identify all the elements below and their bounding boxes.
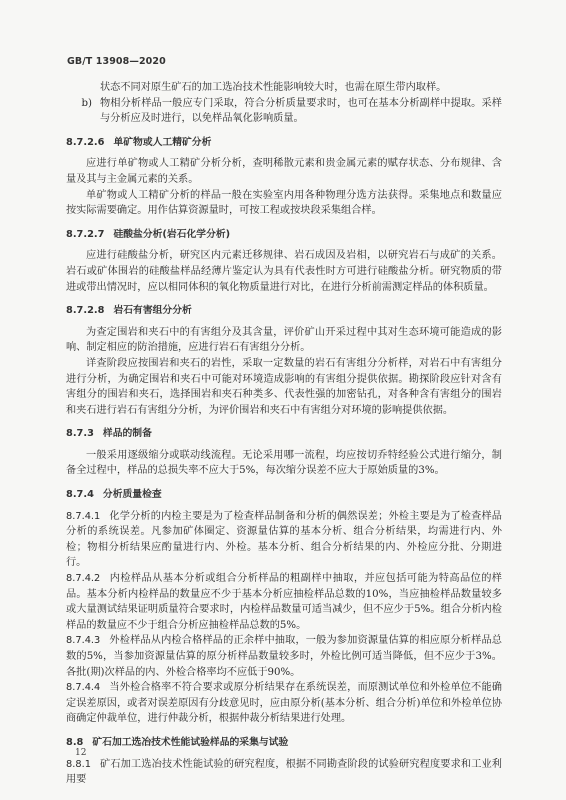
list-item-text: 物相分析样品一般应专门采取，符合分析质量要求时，也可在基本分析副样中提取。采样与… xyxy=(100,96,502,127)
document-page: GB/T 13908—2020 状态不同对原生矿石的加工选冶技术性能影响较大时，… xyxy=(0,0,566,800)
paragraph: 详查阶段应按围岩和夹石的岩性，采取一定数量的岩石有害组分分析样，对岩石中有害组分… xyxy=(66,356,502,418)
section-heading-8727: 8.7.2.7硅酸盐分析(岩石化学分析) xyxy=(66,227,502,243)
section-heading-874: 8.7.4分析质量检查 xyxy=(66,487,502,503)
document-body: 状态不同对原生矿石的加工选冶技术性能影响较大时，也需在原生带内取样。 b) 物相… xyxy=(66,80,502,788)
paragraph: 为查定围岩和夹石中的有害组分及其含量，评价矿山开采过程中其对生态环境可能造成的影… xyxy=(66,325,502,356)
clause-8744: 8.7.4.4当外检合格率不符合要求或原分析结果存在系统误差，而原测试单位和外检… xyxy=(66,680,502,727)
paragraph: 单矿物或人工精矿分析的样品一般在实验室内用各种物理分选方法获得。采集地点和数量应… xyxy=(66,188,502,219)
list-item-a-continuation: 状态不同对原生矿石的加工选冶技术性能影响较大时，也需在原生带内取样。 xyxy=(66,80,502,96)
clause-8741: 8.7.4.1化学分析的内检主要是为了检查样品制备和分析的偶然误差；外检主要是为… xyxy=(66,509,502,571)
paragraph: 应进行硅酸盐分析，研究区内元素迁移规律、岩石成因及岩相，以研究岩石与成矿的关系。… xyxy=(66,248,502,295)
clause-881: 8.8.1矿石加工选冶技术性能试验的研究程度，根据不同勘查阶段的试验研究程度要求… xyxy=(66,757,502,788)
paragraph: 一般采用逐级缩分或联动线流程。无论采用哪一流程，均应按切乔特经验公式进行缩分，制… xyxy=(66,448,502,479)
paragraph: 应进行单矿物或人工精矿分析分析，查明稀散元素和贵金属元素的赋存状态、分布规律、含… xyxy=(66,156,502,187)
section-heading-8728: 8.7.2.8岩石有害组分分析 xyxy=(66,303,502,319)
section-heading-8726: 8.7.2.6单矿物或人工精矿分析 xyxy=(66,135,502,151)
section-heading-873: 8.7.3样品的制备 xyxy=(66,426,502,442)
clause-8742: 8.7.4.2内检样品从基本分析或组合分析样品的粗副样中抽取，并应包括可能为特高… xyxy=(66,571,502,633)
clause-8743: 8.7.4.3外检样品从内检合格样品的正余样中抽取，一般为参加资源量估算的相应原… xyxy=(66,633,502,680)
section-heading-88: 8.8矿石加工选冶技术性能试验样品的采集与试验 xyxy=(66,735,502,751)
standard-header: GB/T 13908—2020 xyxy=(67,56,166,67)
page-number: 12 xyxy=(75,748,86,758)
list-marker: b) xyxy=(66,96,100,127)
list-item-b: b) 物相分析样品一般应专门采取，符合分析质量要求时，也可在基本分析副样中提取。… xyxy=(66,96,502,127)
